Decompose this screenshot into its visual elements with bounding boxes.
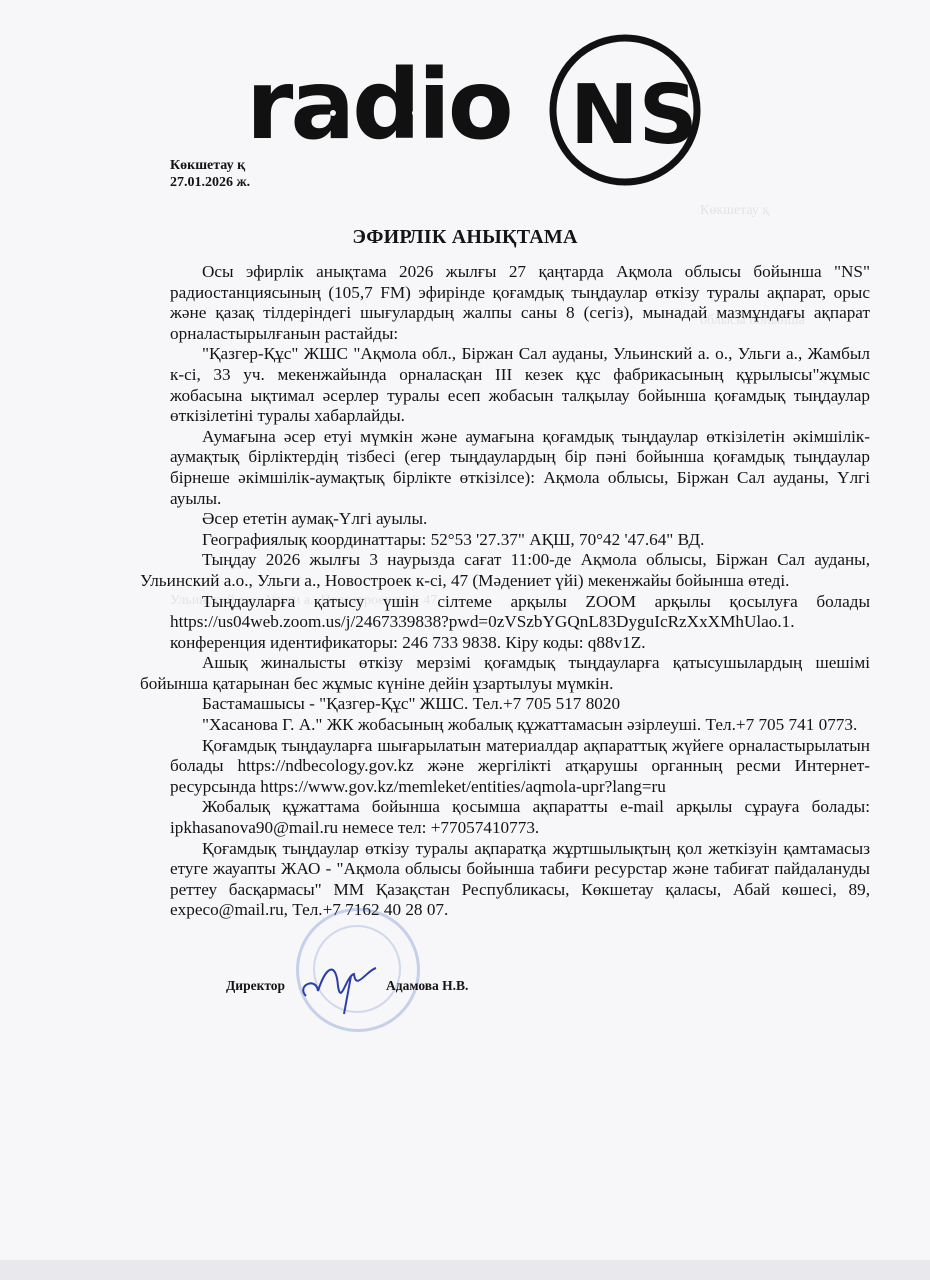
document-title: ЭФИРЛІК АНЫҚТАМА: [0, 226, 930, 249]
city: Көкшетау қ: [170, 157, 250, 174]
signatory-name: Адамова Н.В.: [386, 978, 468, 994]
paragraph: Тыңдау 2026 жылғы 3 наурызда сағат 11:00…: [140, 550, 870, 591]
paragraph: Географиялық координаттары: 52°53 '27.37…: [170, 530, 870, 551]
paragraph: "Қазгер-Құс" ЖШС "Ақмола обл., Біржан Са…: [170, 344, 870, 426]
paragraph: Ашық жиналысты өткізу мерзімі қоғамдық т…: [140, 653, 870, 694]
paragraph: Тыңдауларға қатысу үшін сілтеме арқылы Z…: [170, 592, 870, 654]
paragraph: Жобалық құжаттама бойынша қосымша ақпара…: [170, 797, 870, 838]
paragraph: Қоғамдық тыңдаулар өткізу туралы ақпарат…: [170, 839, 870, 921]
paragraph: Әсер ететін аумақ-Үлгі ауылы.: [170, 509, 870, 530]
paragraph: "Хасанова Г. А." ЖК жобасының жобалық құ…: [140, 715, 870, 736]
place-date: Көкшетау қ 27.01.2026 ж.: [170, 157, 250, 191]
bleed-through-text: Көкшетау қ: [700, 200, 769, 222]
svg-text:NS: NS: [570, 68, 698, 163]
paragraph: Қоғамдық тыңдауларға шығарылатын материа…: [170, 736, 870, 798]
svg-text:radio: radio: [246, 49, 511, 161]
date: 27.01.2026 ж.: [170, 174, 250, 191]
paragraph: Аумағына әсер етуі мүмкін және аумағына …: [170, 427, 870, 509]
signatory-role: Директор: [226, 978, 285, 993]
signature-block: Директор Адамова Н.В.: [226, 978, 285, 994]
radio-ns-logo: radio NS: [240, 28, 740, 188]
signature-icon: [296, 956, 386, 1016]
document-body: Осы эфирлік анықтама 2026 жылғы 27 қаңта…: [170, 262, 870, 921]
paragraph: Бастамашысы - "Қазгер-Құс" ЖШС. Тел.+7 7…: [170, 694, 870, 715]
document-page: Көкшетау қ облысы бойынша Ульинский а.о.…: [0, 0, 930, 1260]
paragraph: Осы эфирлік анықтама 2026 жылғы 27 қаңта…: [170, 262, 870, 344]
